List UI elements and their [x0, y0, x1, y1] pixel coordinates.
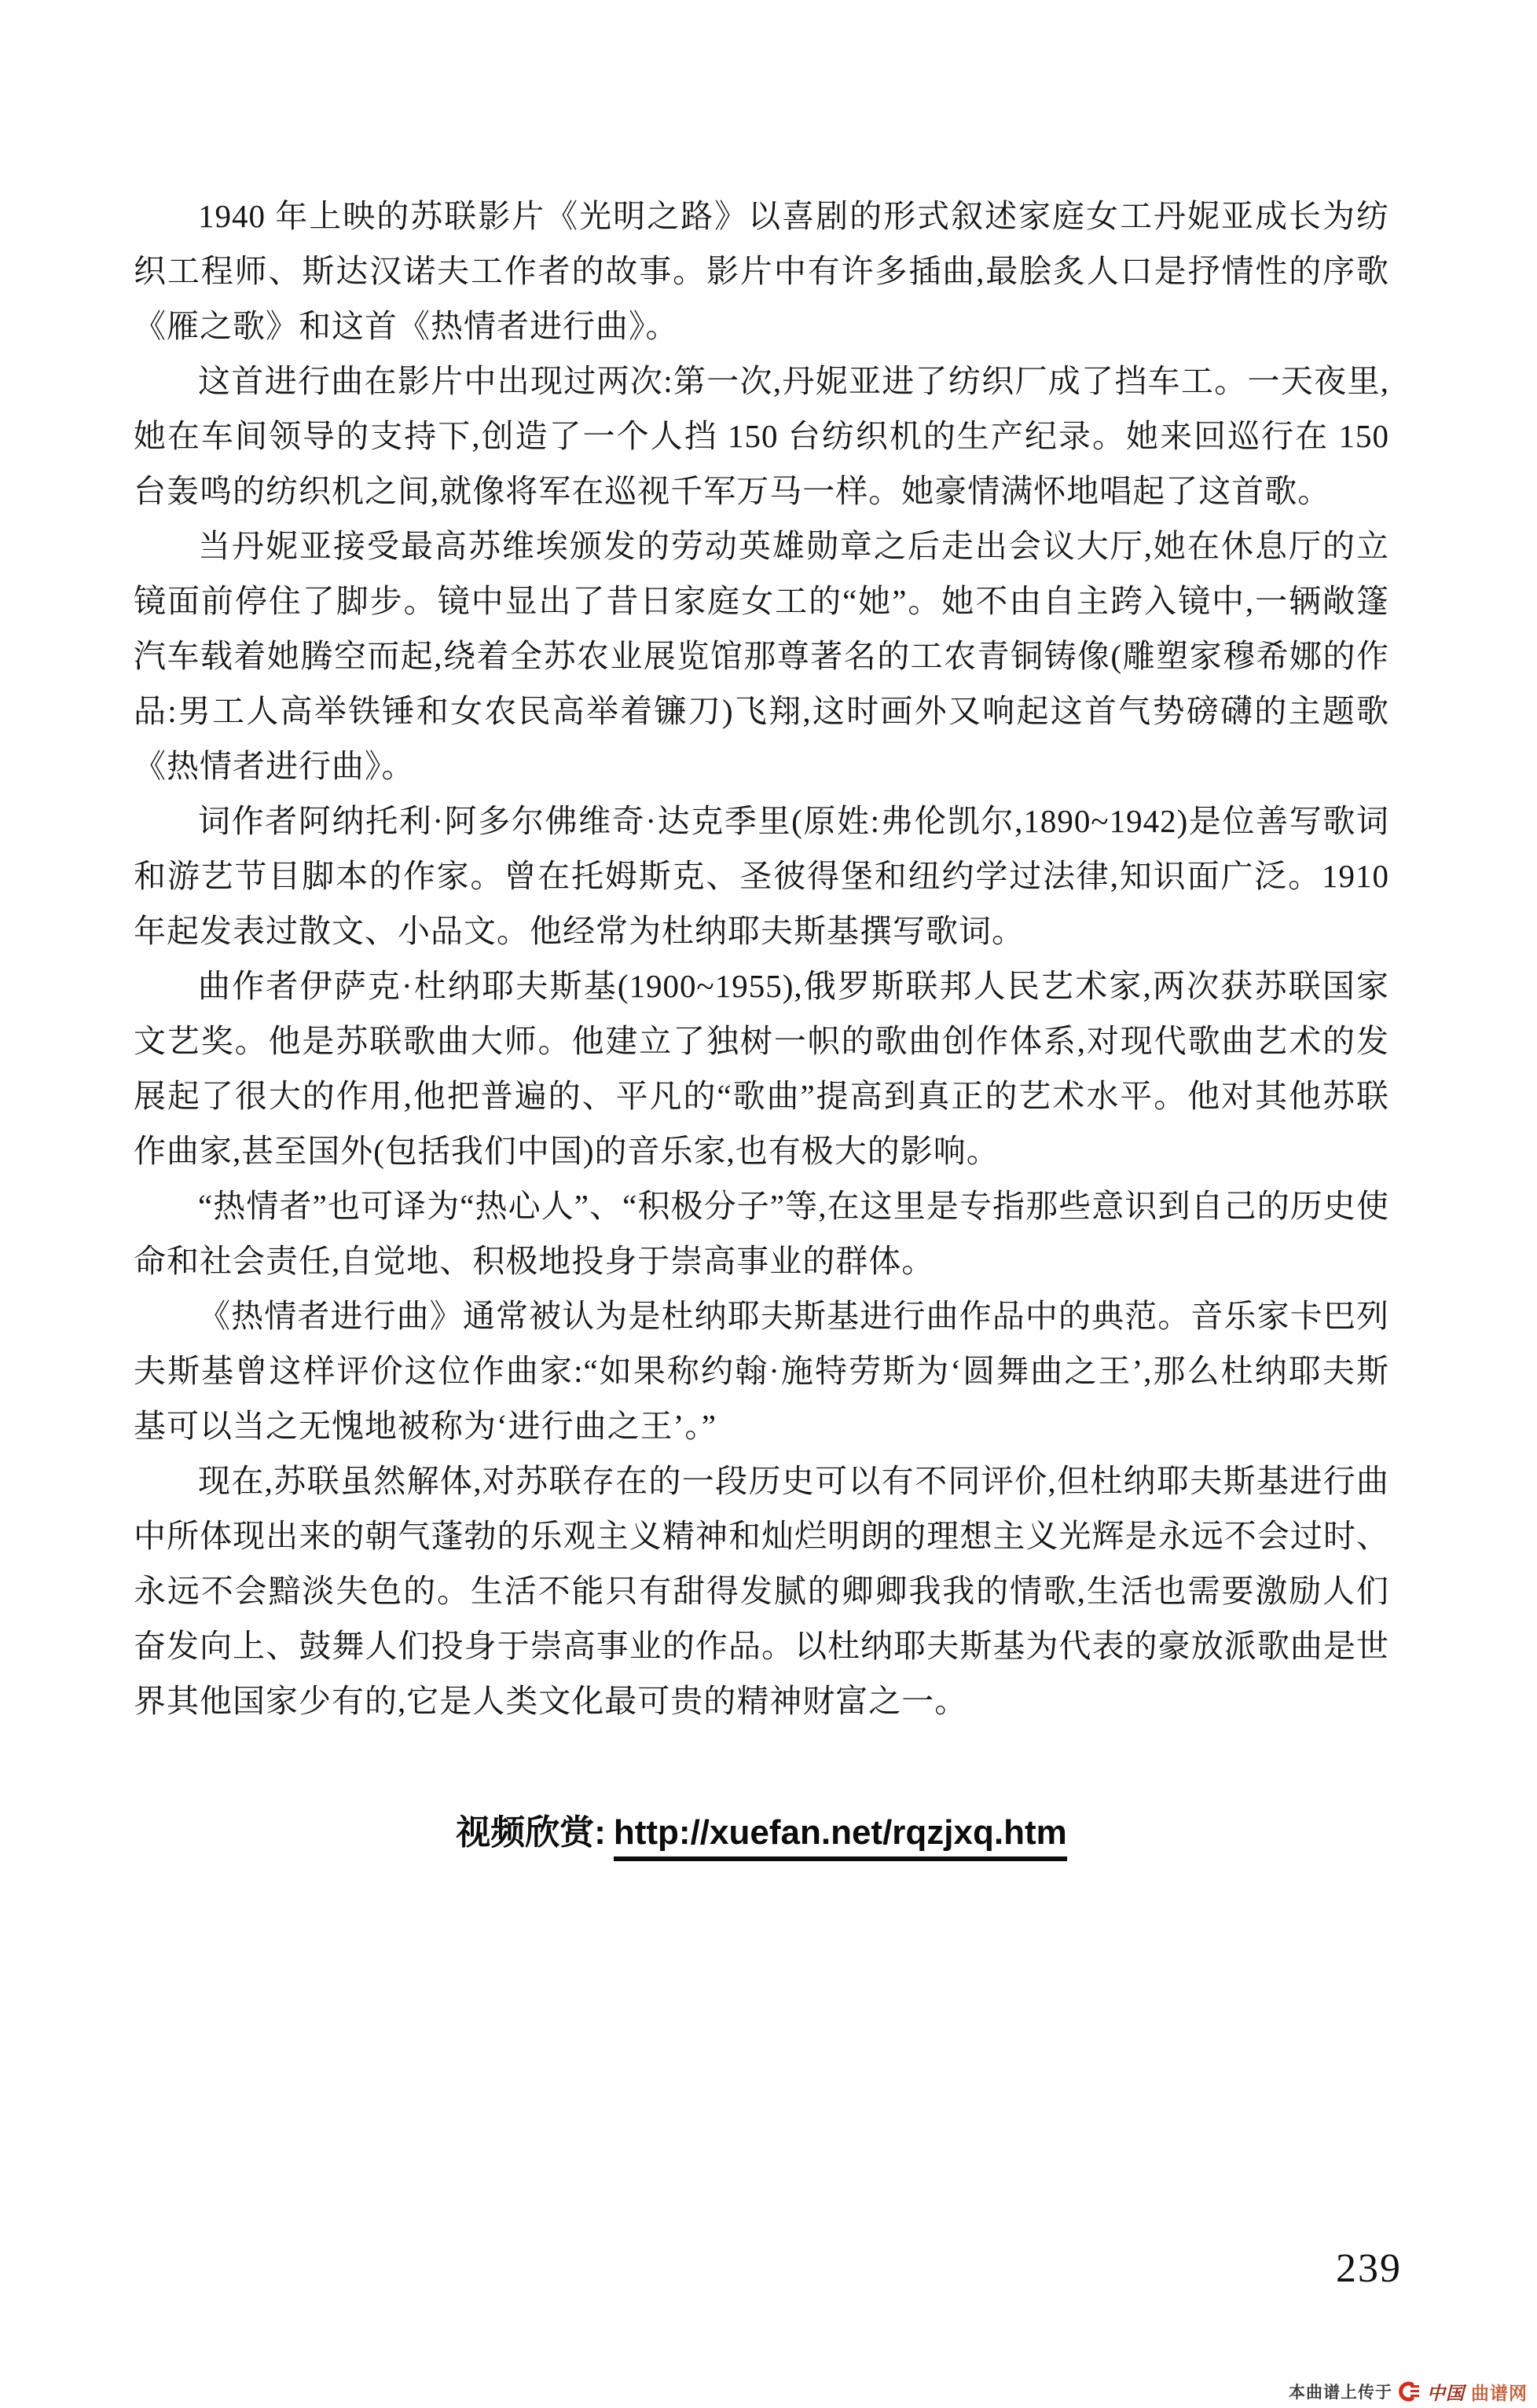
article-body: 1940 年上映的苏联影片《光明之路》以喜剧的形式叙述家庭女工丹妮亚成长为纺织工…	[134, 189, 1389, 1728]
qupu-site-logo-icon	[1399, 2381, 1421, 2402]
body-paragraph: “热情者”也可译为“热心人”、“积极分子”等,在这里是专指那些意识到自己的历史使…	[134, 1178, 1389, 1288]
watermark: 本曲谱上传于 中国 曲谱网	[1289, 2379, 1528, 2404]
watermark-text: 本曲谱上传于	[1289, 2380, 1392, 2403]
site-name-cn: 中国	[1427, 2379, 1465, 2405]
body-paragraph: 曲作者伊萨克·杜纳耶夫斯基(1900~1955),俄罗斯联邦人民艺术家,两次获苏…	[134, 958, 1389, 1178]
page-number: 239	[1336, 2245, 1402, 2292]
body-paragraph: 现在,苏联虽然解体,对苏联存在的一段历史可以有不同评价,但杜纳耶夫斯基进行曲中所…	[134, 1453, 1389, 1728]
video-link-label: 视频欣赏:	[456, 1813, 606, 1852]
video-appreciation-line: 视频欣赏:http://xuefan.net/rqzjxq.htm	[134, 1804, 1389, 1854]
video-link-url[interactable]: http://xuefan.net/rqzjxq.htm	[614, 1813, 1067, 1861]
body-paragraph: 1940 年上映的苏联影片《光明之路》以喜剧的形式叙述家庭女工丹妮亚成长为纺织工…	[134, 189, 1389, 354]
scanned-page: 1940 年上映的苏联影片《光明之路》以喜剧的形式叙述家庭女工丹妮亚成长为纺织工…	[0, 0, 1537, 2408]
body-paragraph: 《热情者进行曲》通常被认为是杜纳耶夫斯基进行曲作品中的典范。音乐家卡巴列夫斯基曾…	[134, 1288, 1389, 1453]
site-name-qupuwang: 曲谱网	[1471, 2379, 1528, 2405]
body-paragraph: 这首进行曲在影片中出现过两次:第一次,丹妮亚进了纺织厂成了挡车工。一天夜里,她在…	[134, 354, 1389, 519]
body-paragraph: 词作者阿纳托利·阿多尔佛维奇·达克季里(原姓:弗伦凯尔,1890~1942)是位…	[134, 794, 1389, 958]
body-paragraph: 当丹妮亚接受最高苏维埃颁发的劳动英雄勋章之后走出会议大厅,她在休息厅的立镜面前停…	[134, 519, 1389, 794]
